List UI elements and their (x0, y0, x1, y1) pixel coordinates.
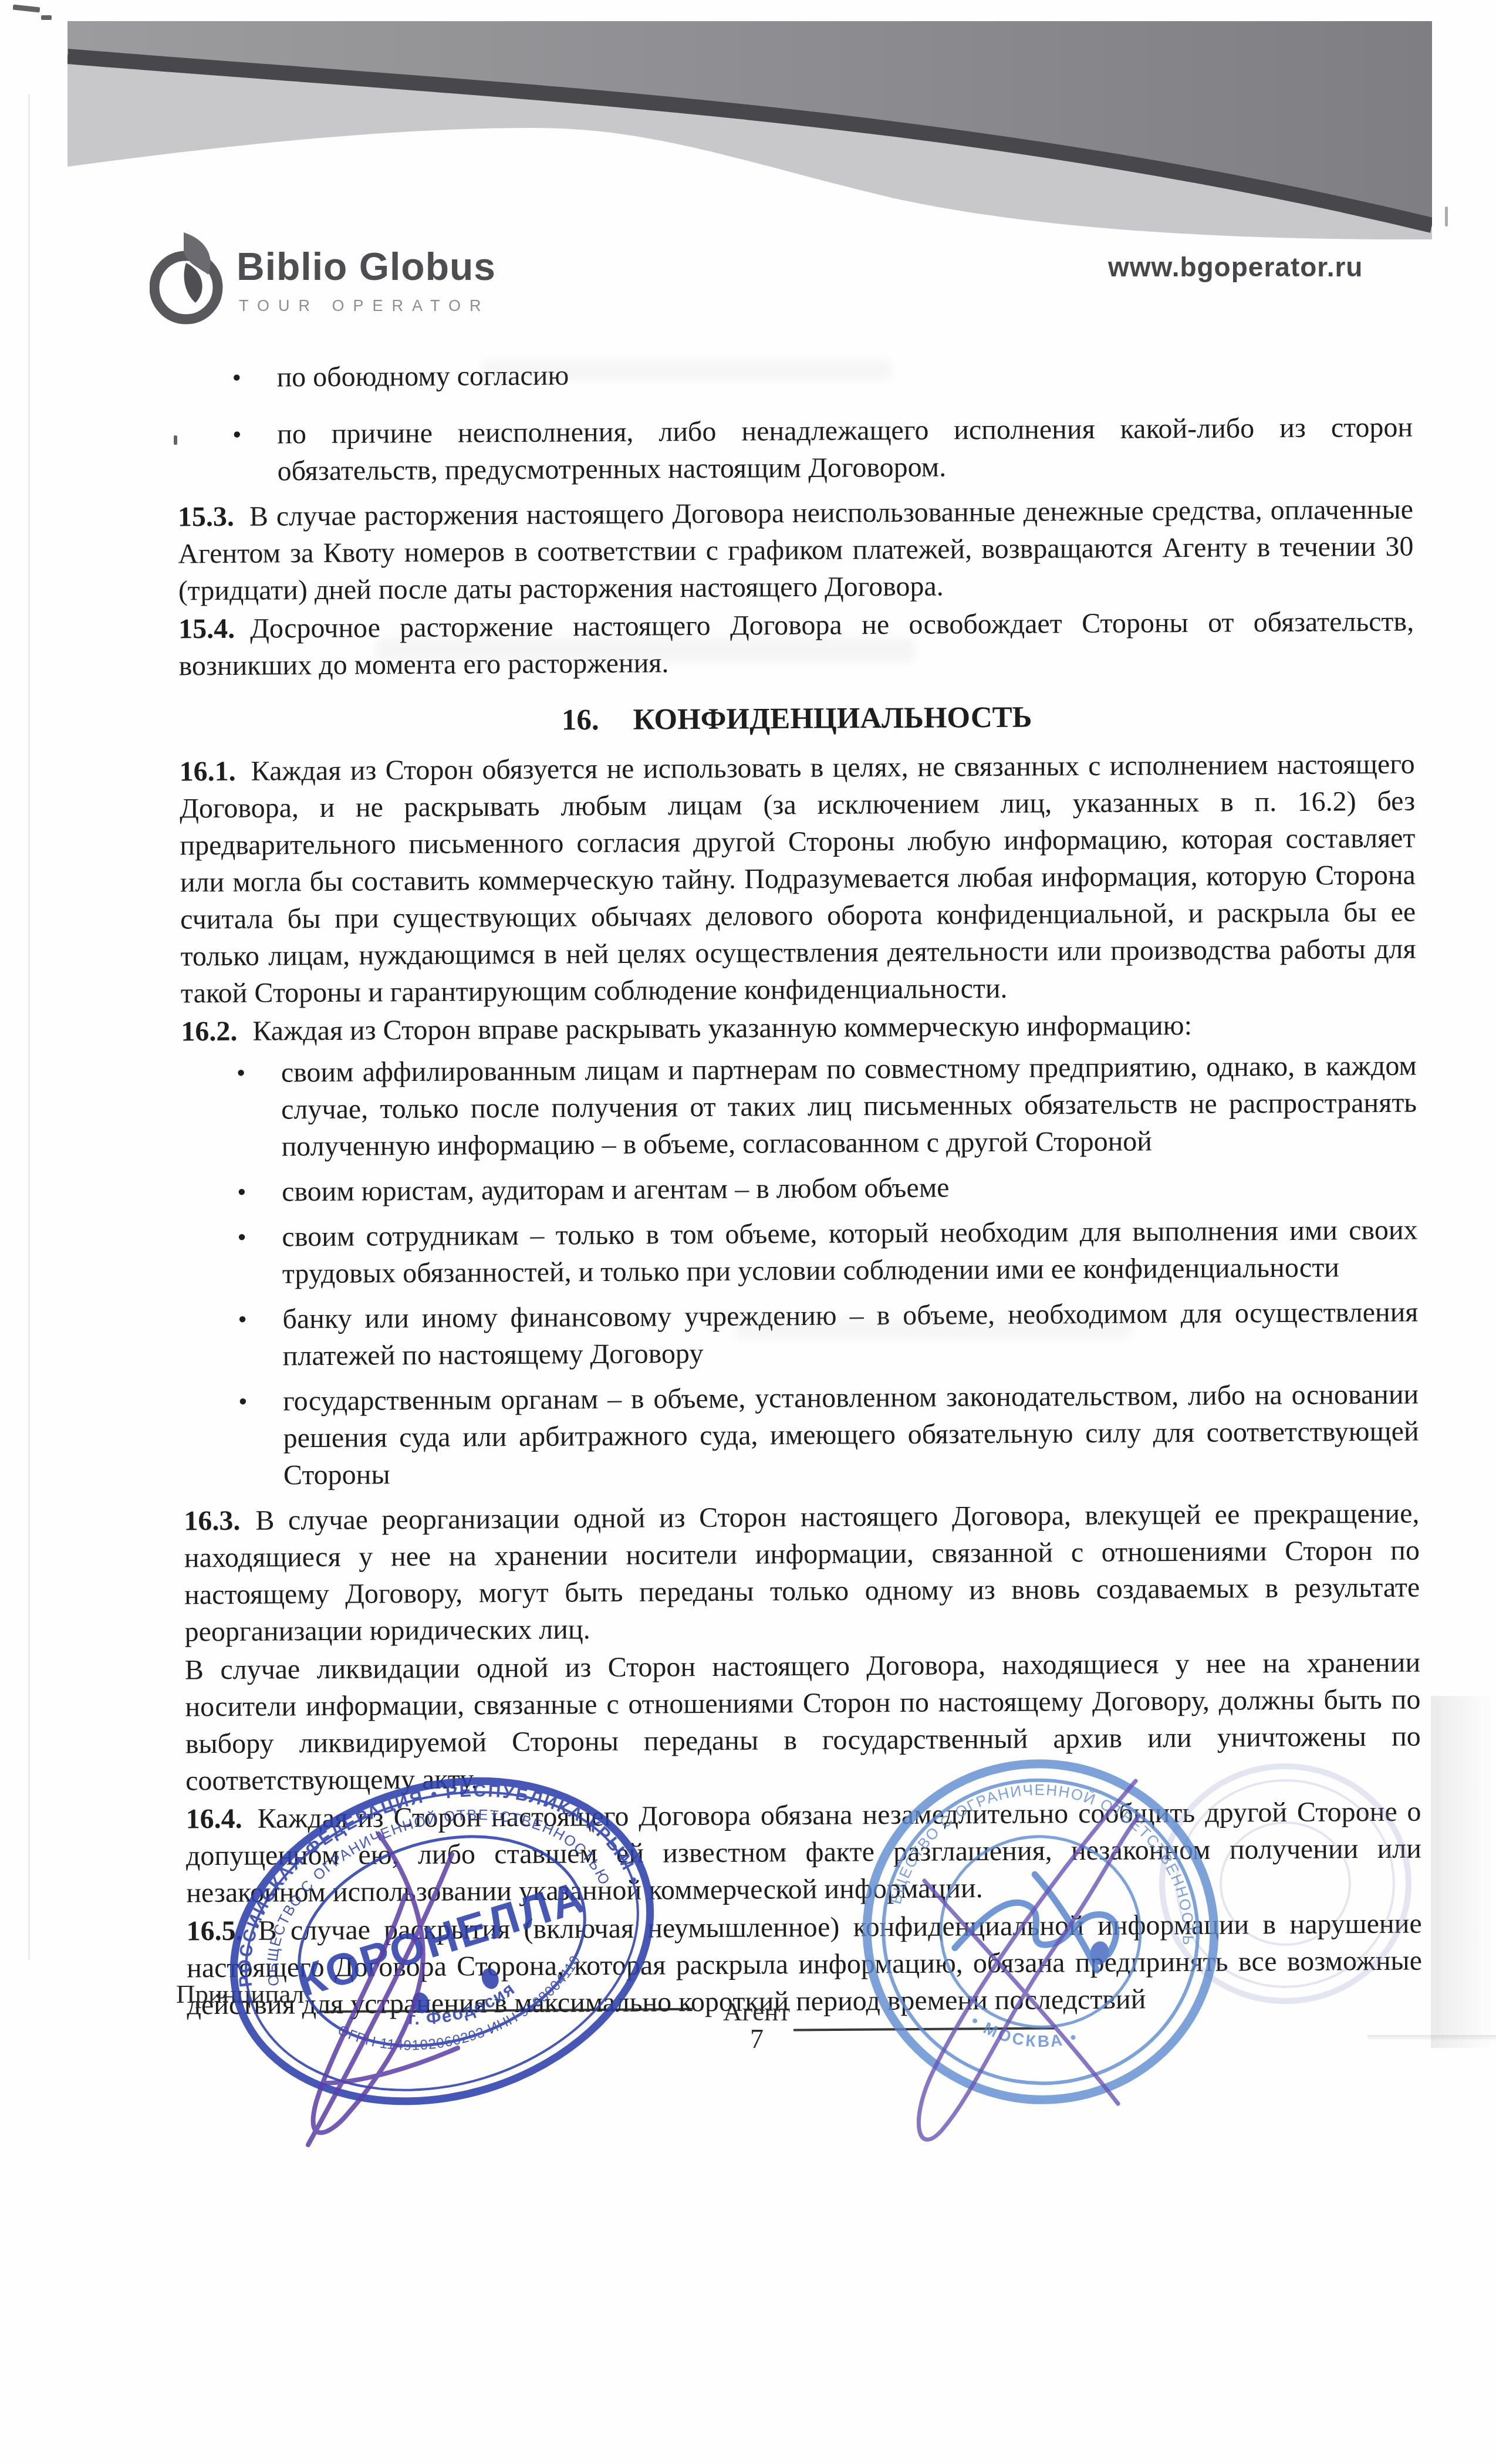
header-wave-banner (67, 21, 1432, 239)
agent-signature-label: Агент (723, 1996, 790, 2027)
bullet-text: своим юристам, аудиторам и агентам – в л… (282, 1167, 1417, 1211)
clause-number: 16.1. (180, 756, 236, 787)
bullet-item: •по причине неисполнения, либо ненадлежа… (177, 409, 1413, 491)
clause-number: 16.2. (181, 1016, 237, 1047)
bullet-text: своим аффилированным лицам и партнерам п… (281, 1047, 1417, 1165)
scanned-contract-page: Biblio Globus TOUR OPERATOR www.bgoperat… (0, 0, 1496, 2464)
bullet-text: по причине неисполнения, либо ненадлежащ… (277, 409, 1413, 490)
biblio-globus-logo-icon (150, 228, 226, 330)
bullet-item: •своим аффилированным лицам и партнерам … (181, 1047, 1417, 1166)
bullet-text: своим сотрудникам – только в том объеме,… (282, 1212, 1418, 1293)
bullet-marker-icon: • (182, 1173, 282, 1211)
clause-text: Каждая из Сторон обязуется не использова… (180, 749, 1416, 1009)
agent-handwritten-signature (869, 1766, 1174, 2165)
clause-text: Каждая из Сторон вправе раскрывать указа… (252, 1010, 1192, 1047)
page-left-edge (28, 94, 30, 1960)
bullet-marker-icon: • (181, 1054, 282, 1165)
principal-handwritten-signature (223, 1807, 516, 2171)
clause-number: 16.3. (184, 1505, 240, 1537)
contract-paragraph: 16.2.Каждая из Сторон вправе раскрывать … (181, 1006, 1416, 1050)
contract-paragraph: 16.3.В случае реорганизации одной из Сто… (184, 1495, 1420, 1651)
website-url: www.bgoperator.ru (1108, 251, 1363, 283)
contract-paragraph: 15.3.В случае расторжения настоящего Дог… (178, 491, 1414, 610)
bullet-item: •своим юристам, аудиторам и агентам – в … (182, 1167, 1417, 1211)
page-number: 7 (750, 2023, 764, 2054)
clause-number: 15.3. (178, 501, 234, 533)
page-bottom-edge-shadow (1367, 2035, 1496, 2041)
bullet-marker-icon: • (183, 1383, 283, 1494)
section-heading-text: КОНФИДЕНЦИАЛЬНОСТЬ (633, 701, 1032, 736)
brand-name: Biblio Globus (237, 244, 496, 289)
scan-speck (13, 5, 40, 13)
clause-number: 15.4. (178, 613, 235, 645)
section-heading: 16.КОНФИДЕНЦИАЛЬНОСТЬ (179, 697, 1414, 742)
bullet-marker-icon: • (182, 1218, 282, 1293)
page-right-edge-shadow (1431, 1696, 1495, 2048)
scan-bleedthrough (734, 1319, 1133, 1339)
bullet-marker-icon: • (177, 359, 276, 396)
biblio-globus-logo: Biblio Globus TOUR OPERATOR (150, 228, 678, 339)
section-heading-number: 16. (562, 704, 599, 736)
contract-paragraph: 16.1.Каждая из Сторон обязуется не испол… (179, 746, 1416, 1012)
scan-speck (174, 435, 177, 445)
bullet-text: государственным органам – в объеме, уста… (283, 1376, 1419, 1494)
brand-subtitle: TOUR OPERATOR (239, 297, 490, 315)
clause-text: В случае расторжения настоящего Договора… (178, 494, 1413, 607)
scan-bleedthrough (481, 359, 892, 380)
bullet-item: •своим сотрудникам – только в том объеме… (182, 1212, 1418, 1293)
bullet-marker-icon: • (183, 1300, 283, 1375)
scan-speck (1445, 207, 1448, 227)
bullet-item: •государственным органам – в объеме, уст… (183, 1376, 1419, 1495)
scan-speck (41, 15, 52, 20)
clause-text: В случае реорганизации одной из Сторон н… (184, 1498, 1420, 1648)
bullet-marker-icon: • (177, 415, 278, 490)
scan-bleedthrough (376, 637, 916, 663)
